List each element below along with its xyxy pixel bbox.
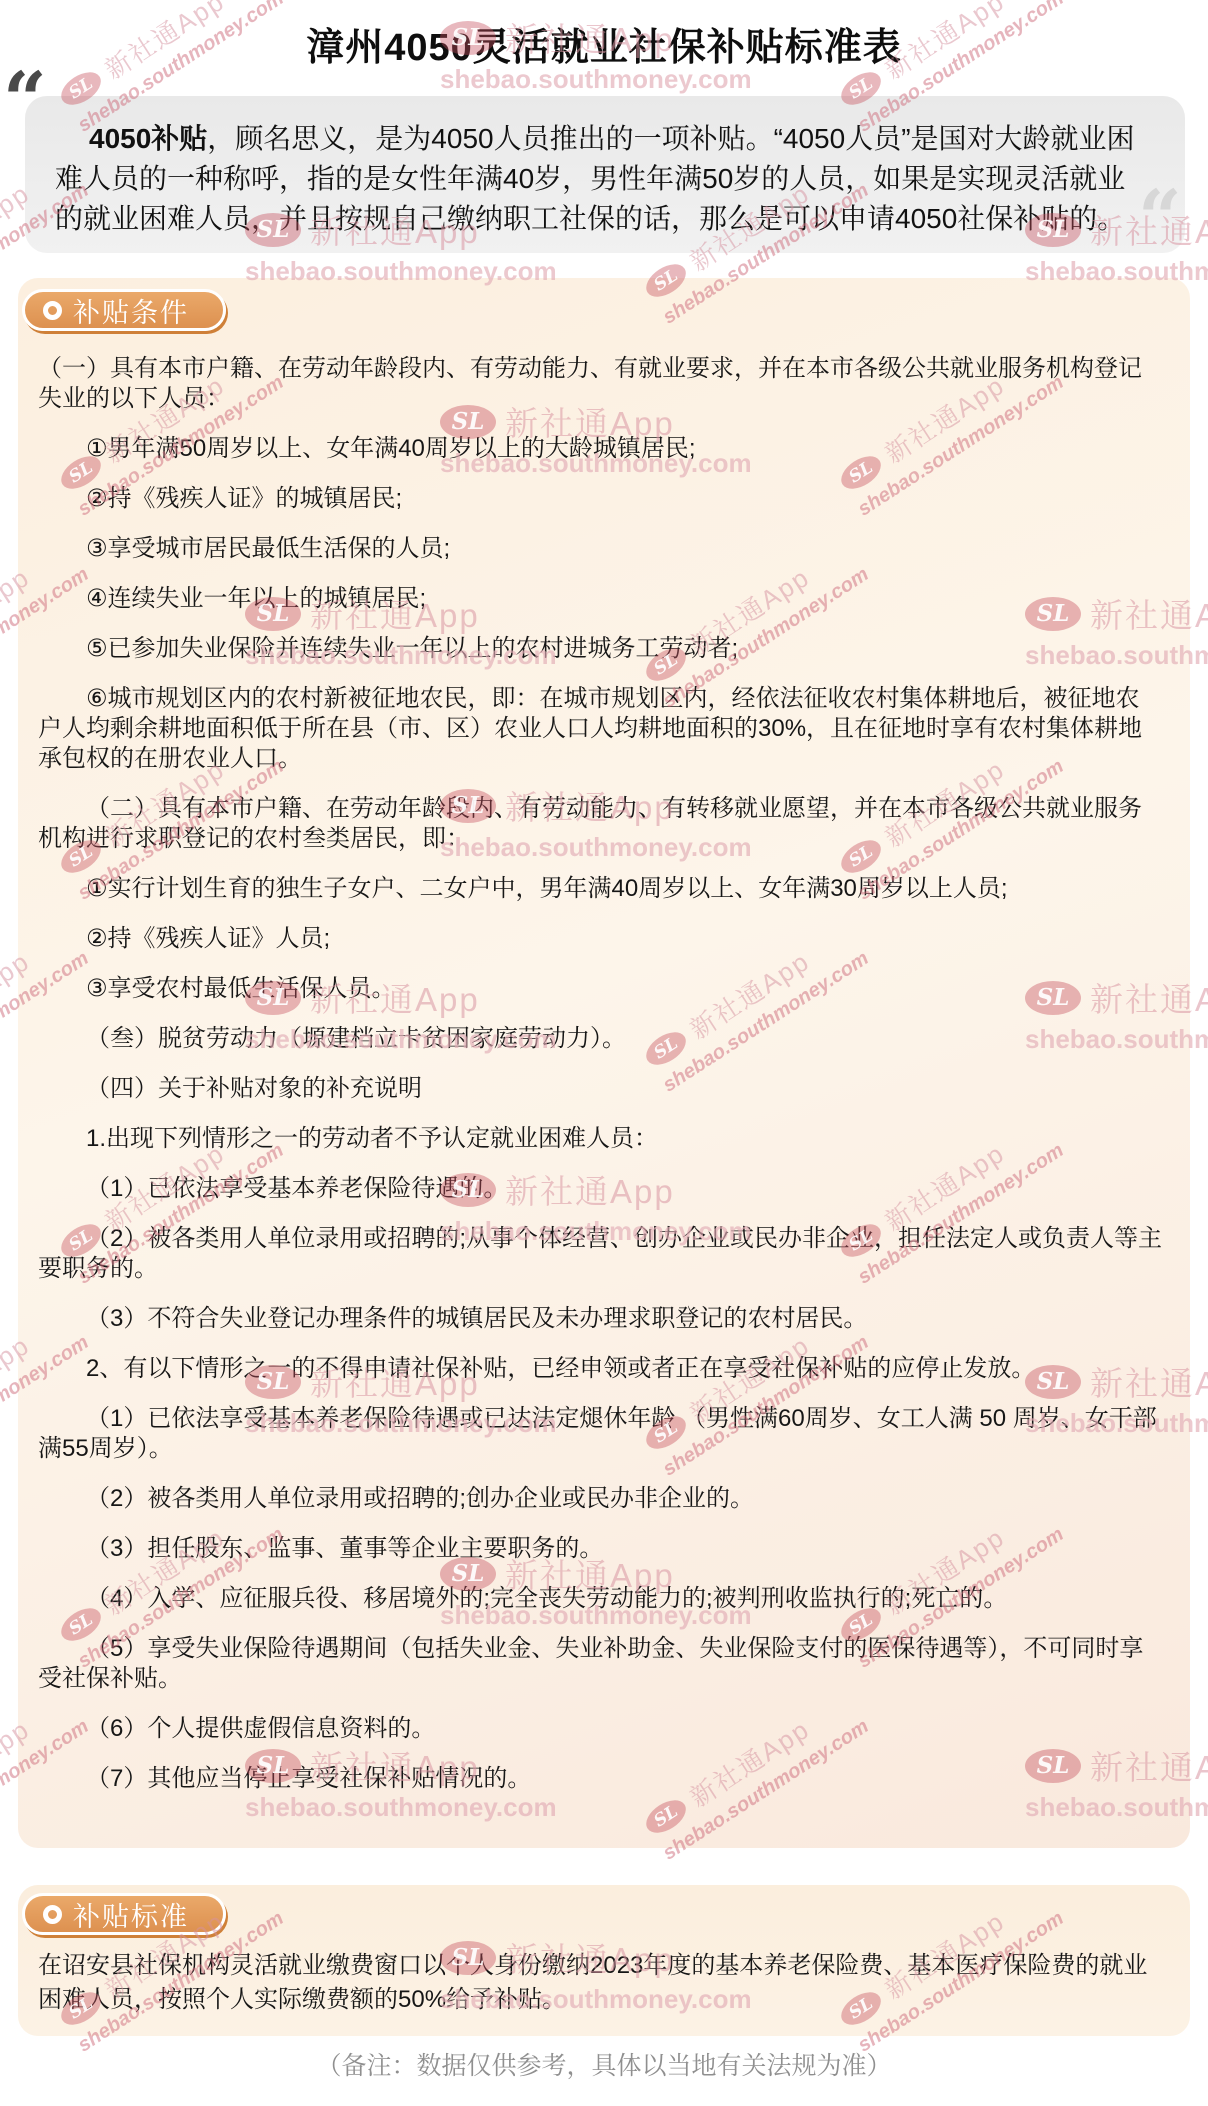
paragraph: （3）不符合失业登记办理条件的城镇居民及未办理求职登记的农村居民。: [38, 1304, 1162, 1334]
paragraph: （2）被各类用人单位录用或招聘的;创办企业或民办非企业的。: [38, 1484, 1162, 1514]
infographic-page: 漳州4050灵活就业社保补贴标准表 “ 4050补贴，顾名思义，是为4050人员…: [0, 0, 1208, 2106]
paragraph: ④连续失业一年以上的城镇居民;: [38, 584, 1162, 614]
paragraph: ②持《残疾人证》人员;: [38, 924, 1162, 954]
paragraph: （1）已依法享受基本养老保险待遇或已达法定煺休年龄 （男性满60周岁、女工人满 …: [38, 1404, 1162, 1464]
paragraph: （2）被各类用人单位录用或招聘的;从事个体经营、创办企业或民办非企业，担任法定人…: [38, 1224, 1162, 1284]
section-badge-conditions: 补贴条件: [22, 289, 226, 331]
paragraph: （1）已依法享受基本养老保险待遇的。: [38, 1174, 1162, 1204]
paragraph: （四）关于补贴对象的补充说明: [38, 1074, 1162, 1104]
conditions-paragraphs: （一）具有本市户籍、在劳动年龄段内、有劳动能力、有就业要求，并在本市各级公共就业…: [38, 354, 1162, 1794]
paragraph: （7）其他应当停止享受社保补贴情况的。: [38, 1764, 1162, 1794]
close-quote-icon: “: [1138, 180, 1182, 256]
badge-label: 补贴标准: [73, 1895, 189, 1934]
open-quote-icon: “: [3, 62, 47, 138]
footer-note: （备注：数据仅供参考，具体以当地有关法规为准）: [0, 2046, 1208, 2082]
page-title: 漳州4050灵活就业社保补贴标准表: [0, 16, 1208, 71]
paragraph: ①男年满50周岁以上、女年满40周岁以上的大龄城镇居民;: [38, 434, 1162, 464]
badge-label: 补贴条件: [73, 291, 189, 330]
section-badge-standard: 补贴标准: [22, 1893, 226, 1935]
paragraph: ⑥城市规划区内的农村新被征地农民，即：在城市规划区内，经依法征收农村集体耕地后，…: [38, 684, 1162, 774]
intro-body: ，顾名思义，是为4050人员推出的一项补贴。“4050人员”是国对大龄就业困难人…: [55, 123, 1135, 234]
paragraph: ③享受农村最低生活保人员。: [38, 974, 1162, 1004]
standard-paragraphs: 在诏安县社保机构灵活就业缴费窗口以个人身份缴纳2023年度的基本养老保险费、基本…: [38, 1949, 1160, 2017]
paragraph: ⑤已参加失业保险并连续失业一年以上的农村进城务工劳动者;: [38, 634, 1162, 664]
paragraph: ③享受城市居民最低生活保的人员;: [38, 534, 1162, 564]
paragraph: 1.出现下列情形之一的劳动者不予认定就业困难人员：: [38, 1124, 1162, 1154]
paragraph: 2、有以下情形之一的不得申请社保补贴，已经申领或者正在享受社保补贴的应停止发放。: [38, 1354, 1162, 1384]
paragraph: ②持《残疾人证》的城镇居民;: [38, 484, 1162, 514]
paragraph: ①实行计划生育的独生子女户、二女户中，男年满40周岁以上、女年满30周岁以上人员…: [38, 874, 1162, 904]
intro-lead: 4050补贴: [89, 123, 207, 154]
intro-text: 4050补贴，顾名思义，是为4050人员推出的一项补贴。“4050人员”是国对大…: [55, 119, 1151, 239]
paragraph: （二）具有本市户籍、在劳动年龄段内、有劳动能力、有转移就业愿望，并在本市各级公共…: [38, 794, 1162, 854]
paragraph: （3）担任股东、监事、董事等企业主要职务的。: [38, 1534, 1162, 1564]
paragraph: 在诏安县社保机构灵活就业缴费窗口以个人身份缴纳2023年度的基本养老保险费、基本…: [38, 1949, 1160, 2017]
intro-quote-box: 4050补贴，顾名思义，是为4050人员推出的一项补贴。“4050人员”是国对大…: [25, 96, 1185, 253]
paragraph: （叁）脱贫劳动力（塬建档立卡贫困家庭劳动力）。: [38, 1024, 1162, 1054]
ring-icon: [43, 301, 62, 320]
ring-icon: [43, 1905, 62, 1924]
subsidy-conditions-card: （一）具有本市户籍、在劳动年龄段内、有劳动能力、有就业要求，并在本市各级公共就业…: [18, 278, 1190, 1848]
paragraph: （4）入学、应征服兵役、移居境外的;完全丧失劳动能力的;被判刑收监执行的;死亡的…: [38, 1584, 1162, 1614]
paragraph: （一）具有本市户籍、在劳动年龄段内、有劳动能力、有就业要求，并在本市各级公共就业…: [38, 354, 1162, 414]
paragraph: （5）享受失业保险待遇期间（包括失业金、失业补助金、失业保险支付的医保待遇等），…: [38, 1634, 1162, 1694]
paragraph: （6）个人提供虚假信息资料的。: [38, 1714, 1162, 1744]
